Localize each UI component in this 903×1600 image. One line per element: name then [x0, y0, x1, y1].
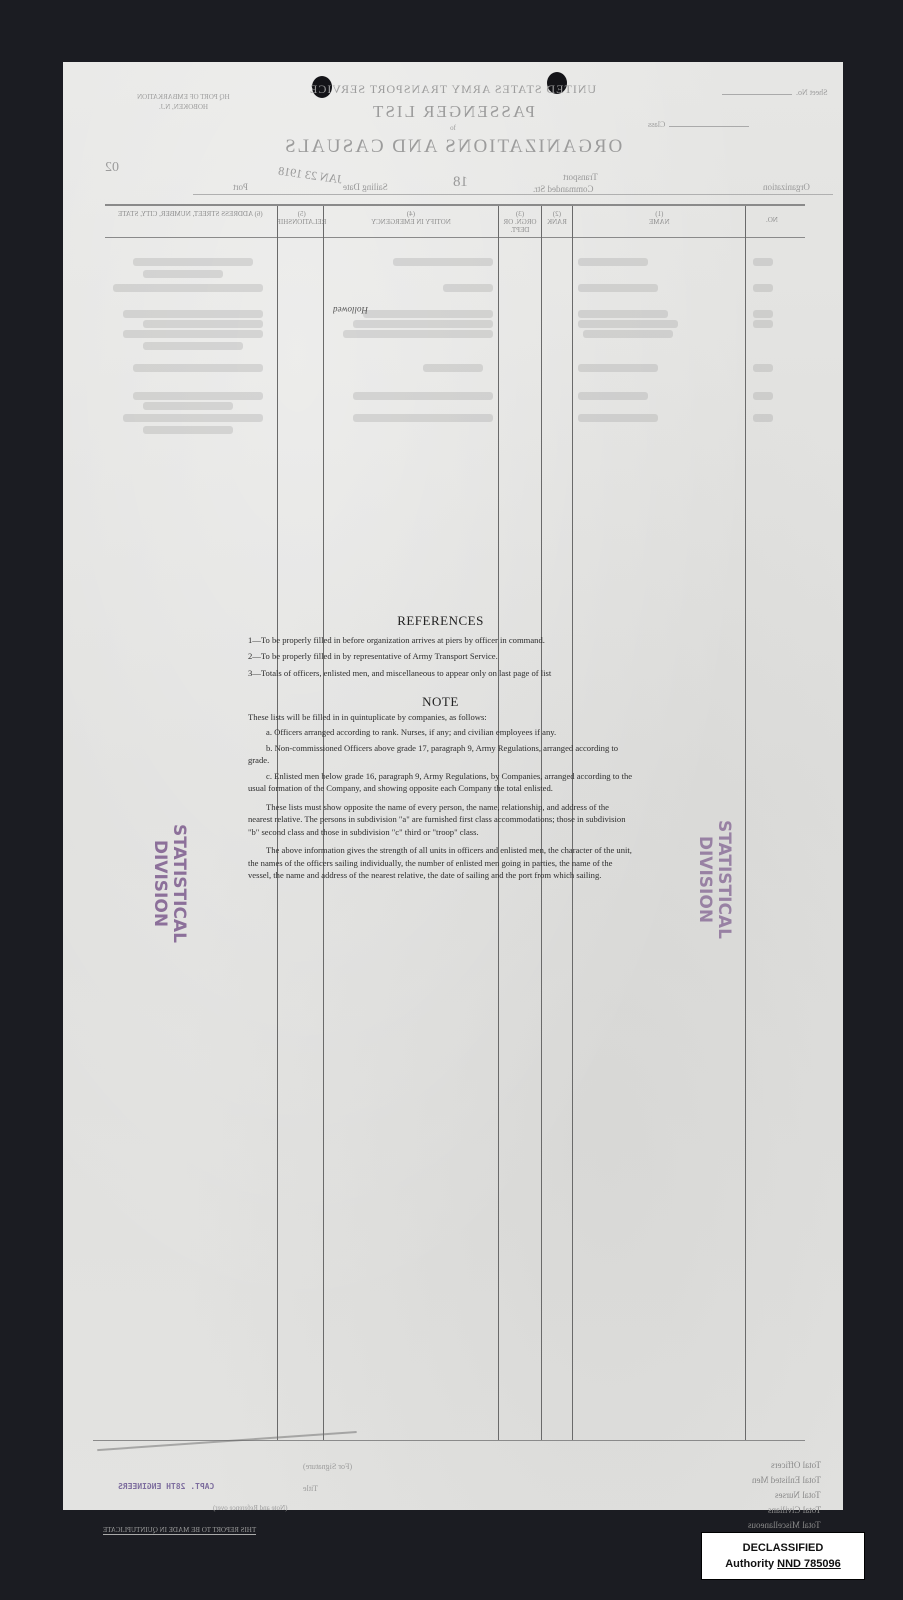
reference-item: 1—To be properly filled in before organi… — [248, 634, 633, 647]
column-rule — [745, 206, 746, 1441]
reference-item: 2—To be properly filled in by representa… — [248, 650, 633, 663]
title-line-2: PASSENGER LIST — [273, 102, 633, 122]
total-enlisted-men: Total Enlisted Men — [752, 1475, 821, 1485]
signature-label: (For Signature) — [303, 1462, 352, 1471]
statistical-division-stamp-right: STATISTICAL DIVISION — [695, 820, 733, 939]
note-paragraph-2: The above information gives the strength… — [248, 844, 633, 882]
references-section: REFERENCES 1—To be properly filled in be… — [248, 615, 633, 679]
handwritten-note: Hollowed — [333, 305, 368, 315]
note-paragraph-1: These lists must show opposite the name … — [248, 801, 633, 839]
title-line-3: ORGANIZATIONS AND CASUALS — [263, 136, 643, 158]
port-of-embarkation: HQ PORT OF EMBARKATION HOBOKEN, N.J. — [103, 92, 263, 112]
transport-value: 18 — [453, 174, 468, 191]
table-bottom-rule — [93, 1440, 805, 1441]
total-officers: Total Officers — [771, 1460, 821, 1470]
table-header-rule — [105, 237, 805, 238]
title-line-1: UNITED STATES ARMY TRANSPORT SERVICE — [273, 82, 633, 97]
column-header-address: (6) ADDRESS STREET, NUMBER, CITY, STATE — [108, 210, 273, 218]
title-stamp: CAPT. 28TH ENGINEERS — [118, 1482, 214, 1491]
note-item-c: c. Enlisted men below grade 16, paragrap… — [248, 770, 633, 795]
column-header-rank: (2)RANK — [542, 210, 572, 226]
column-header-no: NO. — [747, 216, 797, 224]
references-heading: REFERENCES — [248, 615, 633, 628]
sheet-number-field: Sheet No. — [648, 88, 828, 97]
note-heading: NOTE — [248, 696, 633, 709]
signature-scrawl — [97, 1431, 359, 1481]
class-field: Class — [648, 120, 788, 129]
total-nurses: Total Nurses — [775, 1490, 821, 1500]
document-page: UNITED STATES ARMY TRANSPORT SERVICE PAS… — [63, 62, 843, 1510]
reference-item: 3—Totals of officers, enlisted men, and … — [248, 667, 633, 680]
column-header-notify: (4)NOTIFY IN EMERGENCY — [324, 210, 498, 226]
note-reference-label: (Note and Reference over) — [213, 1504, 287, 1512]
column-header-relationship: (5)RELATIONSHIP — [277, 210, 323, 226]
table-top-rule — [105, 204, 805, 206]
title-label: Title — [303, 1484, 318, 1493]
total-miscellaneous: Total Miscellaneous — [748, 1520, 821, 1530]
fields-row: Port JAN 23 1918 Sailing Date 18 Command… — [103, 166, 823, 196]
quintuplicate-instruction: THIS REPORT TO BE MADE IN QUINTUPLICATE — [103, 1526, 256, 1535]
total-civilians: Total Civilians — [768, 1505, 821, 1515]
title-of: of — [273, 124, 633, 132]
sailing-date-value: JAN 23 1918 — [277, 164, 342, 188]
statistical-division-stamp-left: STATISTICAL DIVISION — [150, 824, 188, 943]
note-item-a: a. Officers arranged according to rank. … — [248, 726, 633, 739]
column-header-orgn: (3)ORGN. OR DEPT. — [499, 210, 541, 234]
column-header-name: (1)NAME — [573, 210, 745, 226]
note-section: NOTE These lists will be filled in in qu… — [248, 696, 633, 882]
note-intro: These lists will be filled in in quintup… — [248, 711, 633, 724]
note-item-b: b. Non-commissioned Officers above grade… — [248, 742, 633, 767]
declassified-label: DECLASSIFIED Authority NND 785096 — [701, 1532, 865, 1580]
